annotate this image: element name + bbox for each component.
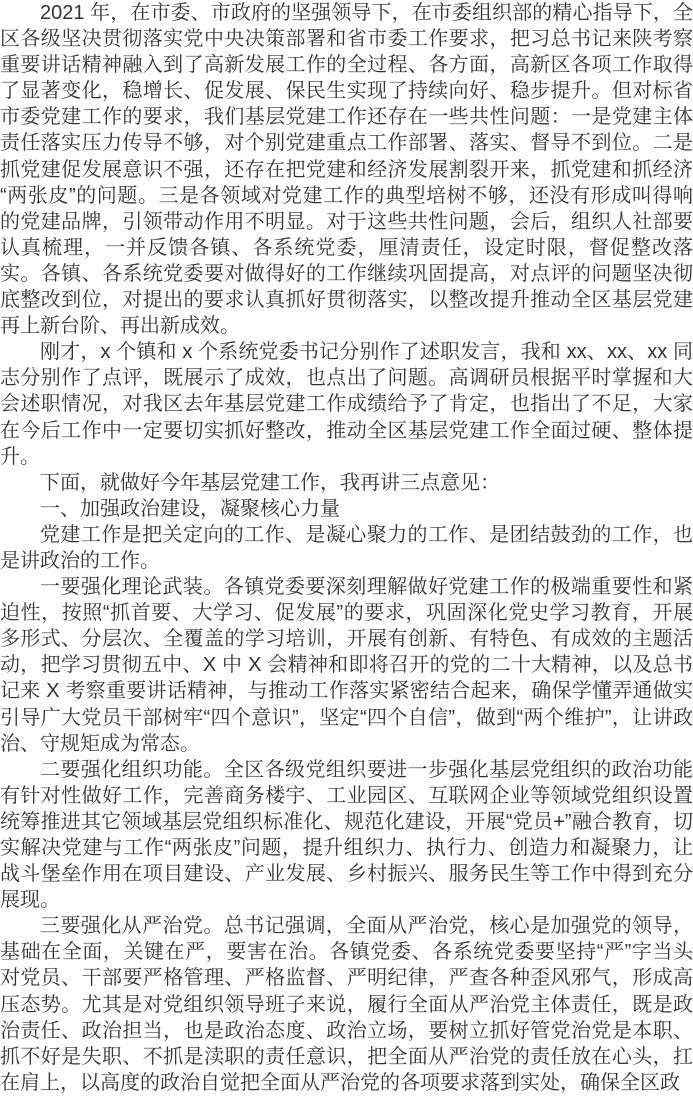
paragraph-1: 2021 年，在市委、市政府的坚强领导下，在市委组织部的精心指导下，全区各级坚决…: [0, 0, 693, 339]
document-page: 2021 年，在市委、市政府的坚强领导下，在市委组织部的精心指导下，全区各级坚决…: [0, 0, 693, 1097]
paragraph-7: 三要强化从严治党。总书记强调，全面从严治党，核心是加强党的领导，基础在全面，关键…: [0, 913, 693, 1096]
paragraph-3: 下面，就做好今年基层党建工作，我再讲三点意见：: [0, 470, 693, 496]
paragraph-6: 二要强化组织功能。全区各级党组织要进一步强化基层党组织的政治功能有针对性做好工作…: [0, 757, 693, 914]
paragraph-4: 党建工作是把关定向的工作、是凝心聚力的工作、是团结鼓劲的工作，也是讲政治的工作。: [0, 522, 693, 574]
paragraph-2: 刚才，x 个镇和 x 个系统党委书记分别作了述职发言，我和 xx、xx、xx 同…: [0, 339, 693, 469]
section-heading-1: 一、加强政治建设，凝聚核心力量: [0, 496, 693, 522]
paragraph-5: 一要强化理论武装。各镇党委要深刻理解做好党建工作的极端重要性和紧迫性，按照“抓首…: [0, 574, 693, 757]
